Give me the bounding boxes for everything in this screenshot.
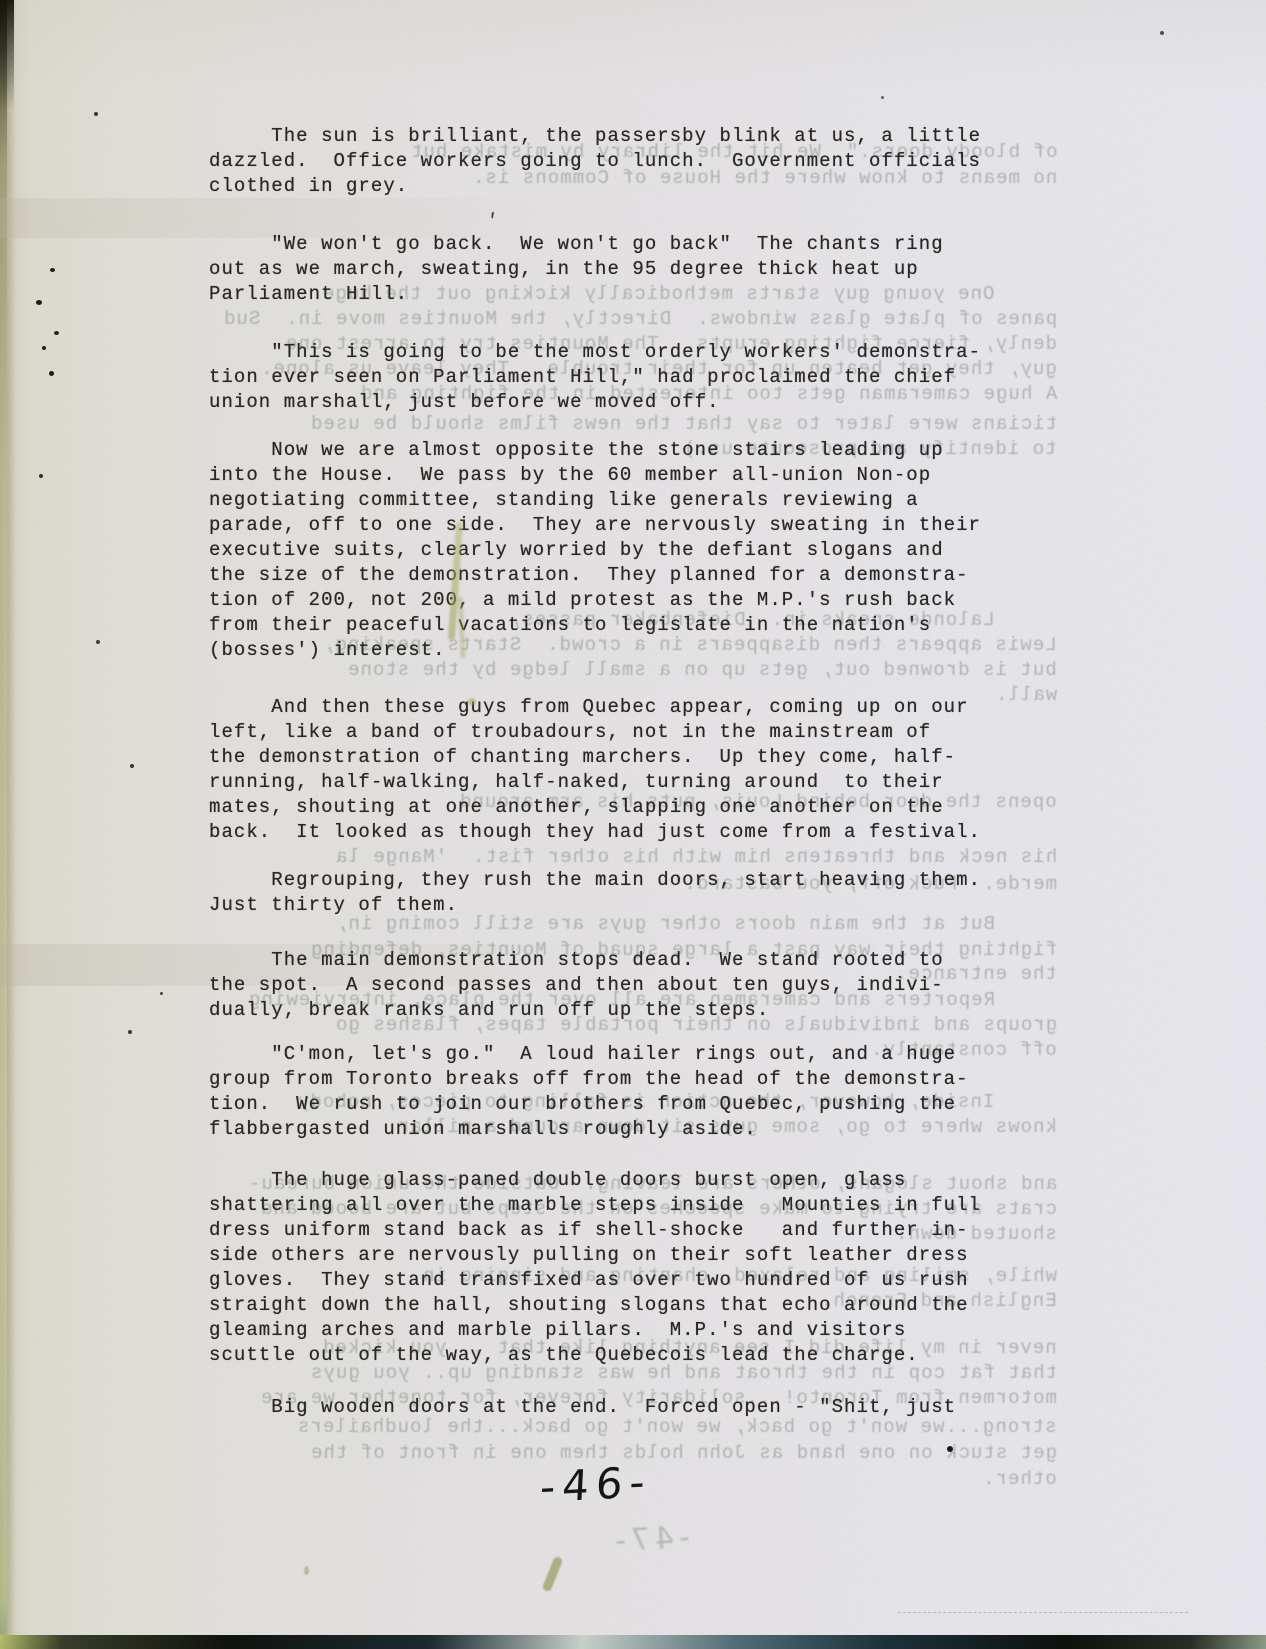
- paper-speck: [128, 1030, 132, 1034]
- stray-ink-dot: [947, 1446, 953, 1452]
- paragraph: "This is going to be the most orderly wo…: [209, 340, 1029, 415]
- bleedthrough-page-number: -47-: [609, 1520, 691, 1559]
- paper-speck: [39, 474, 43, 478]
- green-smudge: [542, 1556, 564, 1593]
- paper-speck: [130, 764, 134, 768]
- paragraph: Now we are almost opposite the stone sta…: [209, 438, 1029, 663]
- paragraph: The sun is brilliant, the passersby blin…: [209, 124, 1029, 199]
- paragraph: The main demonstration stops dead. We st…: [209, 948, 1029, 1023]
- page-left-edge: [0, 0, 7, 1649]
- paragraph: The huge glass-paned double doors burst …: [209, 1168, 1029, 1368]
- paper-speck: [42, 346, 46, 350]
- paper-speck: [96, 640, 100, 644]
- paper-speck: [50, 268, 55, 272]
- faint-scan-line: [898, 1612, 1188, 1613]
- bleedthrough-line: other.: [982, 1467, 1057, 1492]
- paper-speck: [49, 371, 54, 376]
- paper-speck: [54, 331, 59, 335]
- paper-speck: [1160, 31, 1164, 35]
- paragraph: Big wooden doors at the end. Forced open…: [209, 1395, 1029, 1420]
- paragraph: And then these guys from Quebec appear, …: [209, 695, 1029, 845]
- paper-speck: [36, 300, 42, 305]
- paper-speck: [881, 96, 884, 99]
- scanner-bed-edge: [0, 1635, 1266, 1649]
- paragraph: "We won't go back. We won't go back" The…: [209, 232, 1029, 307]
- bleedthrough-line: get stuck on one hand as John holds them…: [310, 1441, 1057, 1466]
- paper-speck: [94, 112, 98, 116]
- green-smudge: [468, 698, 476, 705]
- green-smudge: [304, 1566, 309, 1575]
- page-number: -46-: [539, 1457, 653, 1512]
- scan-corner-shadow: [0, 0, 14, 110]
- paragraph: Regrouping, they rush the main doors, st…: [209, 868, 1029, 918]
- paper-speck: [160, 992, 163, 995]
- typewritten-text-column: The sun is brilliant, the passersby blin…: [209, 124, 1029, 1420]
- paragraph: "C'mon, let's go." A loud hailer rings o…: [209, 1042, 1029, 1142]
- scanned-page: of bloody doors." We hit the library by …: [0, 0, 1266, 1649]
